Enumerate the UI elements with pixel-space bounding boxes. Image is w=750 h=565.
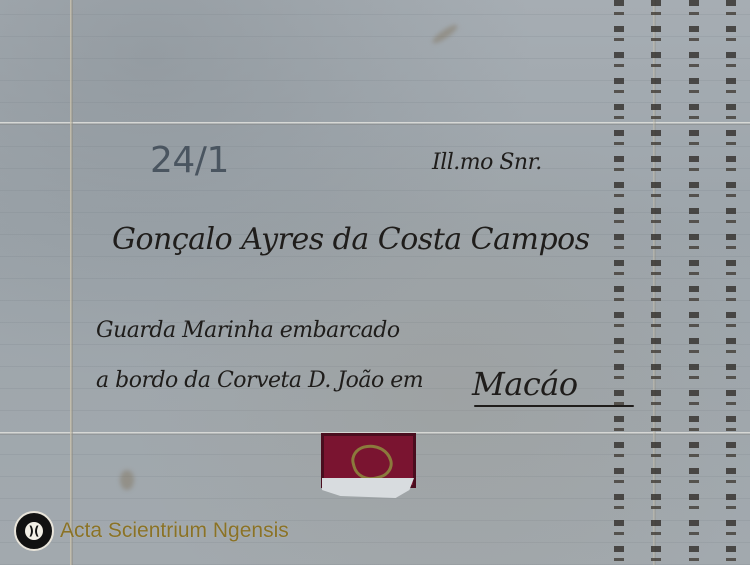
seal-emblem-icon — [348, 439, 396, 484]
text-column — [614, 0, 624, 565]
fold-line-left — [70, 0, 73, 565]
watermark-text: Acta Scientrium Ngensis — [60, 519, 289, 543]
watermark: )( Acta Scientrium Ngensis — [14, 510, 289, 552]
salutation: Ill.mo Snr. — [432, 150, 542, 175]
addressee-name: Gonçalo Ayres da Costa Campos — [112, 222, 590, 257]
rank-line: Guarda Marinha embarcado — [96, 318, 400, 343]
logo-glyph: )( — [25, 522, 43, 540]
ship-line: a bordo da Corveta D. João em — [96, 368, 423, 393]
text-column — [726, 0, 736, 565]
paper-stain — [120, 470, 134, 490]
destination-underline — [474, 405, 634, 407]
text-column — [651, 0, 661, 565]
text-column — [689, 0, 699, 565]
destination: Macáo — [472, 365, 578, 403]
journal-logo-icon: )( — [14, 511, 54, 551]
pencil-note: 24/1 — [150, 140, 229, 181]
cross-written-text-columns — [600, 0, 750, 565]
